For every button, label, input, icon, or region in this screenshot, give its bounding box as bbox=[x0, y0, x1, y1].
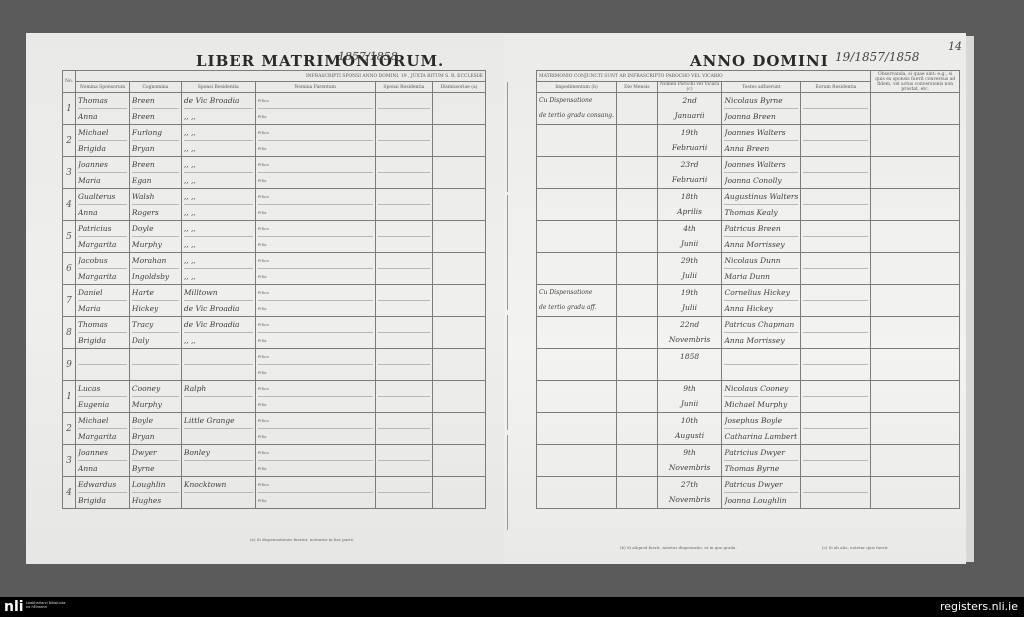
remarks-cell bbox=[871, 445, 960, 477]
die-mensis-cell bbox=[616, 381, 657, 413]
parents-residence bbox=[378, 93, 430, 109]
witness-residence bbox=[803, 125, 868, 141]
date: 9th bbox=[660, 381, 720, 396]
witness-residence-cell bbox=[801, 285, 871, 317]
surname: Furlong bbox=[132, 125, 179, 141]
header-testes: Testes adfuerunt bbox=[722, 82, 801, 93]
date-cell: 27thNovembris bbox=[657, 477, 722, 509]
given-name: Michael bbox=[78, 125, 127, 141]
residence-cell: Milltownde Vic Broadia bbox=[181, 285, 255, 317]
impediment bbox=[539, 268, 614, 283]
parents-residence-cell bbox=[375, 285, 432, 317]
date-cell: 19thJulii bbox=[657, 285, 722, 317]
residence-cell: Little Grange bbox=[181, 413, 255, 445]
entry-number: 4 bbox=[63, 477, 76, 509]
parents-cell: FiliusFilia bbox=[255, 445, 375, 477]
parents-residence bbox=[378, 461, 430, 476]
given-name: Joannes bbox=[78, 157, 127, 173]
residence: ,, ,, bbox=[184, 221, 253, 237]
date: 1858 bbox=[660, 349, 720, 364]
surname-cell: LoughlinHughes bbox=[129, 477, 181, 509]
witness-residence-cell bbox=[801, 445, 871, 477]
witness bbox=[724, 349, 798, 365]
witness-residence-cell bbox=[801, 317, 871, 349]
witness: Anna Morrissey bbox=[724, 237, 798, 252]
impediment bbox=[539, 364, 614, 379]
date-cell: 2ndJanuarii bbox=[657, 93, 722, 125]
date-cell: 9thNovembris bbox=[657, 445, 722, 477]
witness: Patricus Breen bbox=[724, 221, 798, 237]
dismissoriae-cell bbox=[432, 93, 485, 125]
parents-residence-cell bbox=[375, 477, 432, 509]
date: 27th bbox=[660, 477, 720, 492]
witness-residence bbox=[803, 253, 868, 269]
witnesses-cell: Josephus BoyleCatharina Lambert bbox=[722, 413, 801, 445]
witness-residence bbox=[803, 445, 868, 461]
surname: Harte bbox=[132, 285, 179, 301]
table-row: 2MichaelBrigidaFurlongBryan,, ,,,, ,,Fil… bbox=[63, 125, 486, 157]
dismissoriae-cell bbox=[432, 413, 485, 445]
gutter-stitch bbox=[507, 195, 508, 310]
witness: Patricius Dwyer bbox=[724, 445, 798, 461]
dismissoriae-cell bbox=[432, 125, 485, 157]
impediment bbox=[539, 460, 614, 475]
residence-cell: ,, ,,,, ,, bbox=[181, 125, 255, 157]
table-row: 22ndNovembrisPatricus ChapmanAnna Morris… bbox=[537, 317, 960, 349]
residence-cell: ,, ,,,, ,, bbox=[181, 189, 255, 221]
logo-line-2: na hÉireann bbox=[26, 605, 65, 609]
table-row: 19thFebruariiJoannes WaltersAnna Breen bbox=[537, 125, 960, 157]
date: 19th bbox=[660, 125, 720, 140]
parents-cell: FiliusFilia bbox=[255, 285, 375, 317]
impediment bbox=[539, 381, 614, 396]
parents-residence bbox=[378, 317, 430, 333]
entry-number: 3 bbox=[63, 445, 76, 477]
footnote-a: (a) Si dispensationes fuerint, notentur … bbox=[250, 537, 354, 542]
given-name: Patricius bbox=[78, 221, 127, 237]
witness-residence-cell bbox=[801, 157, 871, 189]
surname: Breen bbox=[132, 157, 179, 173]
witnesses-cell: Augustinus WaltersThomas Kealy bbox=[722, 189, 801, 221]
residence: ,, ,, bbox=[184, 173, 253, 188]
residence: Bonley bbox=[184, 445, 253, 461]
gutter-stitch bbox=[507, 435, 508, 530]
parents-residence-cell bbox=[375, 125, 432, 157]
given-name-cell: JoannesMaria bbox=[76, 157, 130, 189]
parents-residence bbox=[378, 413, 430, 429]
table-row: 10thAugustiJosephus BoyleCatharina Lambe… bbox=[537, 413, 960, 445]
impediment bbox=[539, 204, 614, 219]
date bbox=[660, 364, 720, 379]
witness: Anna Hickey bbox=[724, 301, 798, 316]
table-row: 9FiliusFilia bbox=[63, 349, 486, 381]
residence bbox=[184, 397, 253, 412]
impediment bbox=[539, 236, 614, 251]
parents-residence-cell bbox=[375, 189, 432, 221]
entry-number: 3 bbox=[63, 157, 76, 189]
die-mensis-cell bbox=[616, 413, 657, 445]
table-row: 1ThomasAnnaBreenBreende Vic Broadia,, ,,… bbox=[63, 93, 486, 125]
impediment bbox=[539, 140, 614, 155]
table-row: 4GualterusAnnaWalshRogers,, ,,,, ,,Filiu… bbox=[63, 189, 486, 221]
date: 29th bbox=[660, 253, 720, 268]
date: Julii bbox=[660, 300, 720, 315]
witness: Nicolaus Dunn bbox=[724, 253, 798, 269]
given-name: Joannes bbox=[78, 445, 127, 461]
witness-residence-cell bbox=[801, 93, 871, 125]
die-mensis-cell bbox=[616, 221, 657, 253]
table-row: 3JoannesAnnaDwyerByrneBonleyFiliusFilia bbox=[63, 445, 486, 477]
witnesses-cell: Patricius DwyerThomas Byrne bbox=[722, 445, 801, 477]
surname: Tracy bbox=[132, 317, 179, 333]
witness-residence bbox=[803, 269, 868, 284]
residence: ,, ,, bbox=[184, 237, 253, 252]
table-row: 18thAprilisAugustinus WaltersThomas Keal… bbox=[537, 189, 960, 221]
gutter-stitch bbox=[507, 315, 508, 430]
witness-residence bbox=[803, 397, 868, 412]
header-nomina-sponsorum: Nomina Sponsorum bbox=[76, 82, 130, 93]
parents-residence-cell bbox=[375, 317, 432, 349]
remarks-cell bbox=[871, 285, 960, 317]
parents-residence bbox=[378, 237, 430, 252]
surname: Boyle bbox=[132, 413, 179, 429]
parents-cell: FiliusFilia bbox=[255, 221, 375, 253]
witnesses-cell: Joannes WaltersAnna Breen bbox=[722, 125, 801, 157]
filia-label: Filia bbox=[258, 333, 373, 348]
dismissoriae-cell bbox=[432, 221, 485, 253]
parents-cell: FiliusFilia bbox=[255, 381, 375, 413]
surname-cell: CooneyMurphy bbox=[129, 381, 181, 413]
witness-residence bbox=[803, 285, 868, 301]
die-mensis-cell bbox=[616, 157, 657, 189]
remarks-cell bbox=[871, 413, 960, 445]
witnesses-cell: Nicolaus ByrneJoanna Breen bbox=[722, 93, 801, 125]
given-name bbox=[78, 365, 127, 380]
filius-label: Filius bbox=[258, 317, 373, 333]
date-cell: 23rdFebruarii bbox=[657, 157, 722, 189]
impediment-cell bbox=[537, 157, 617, 189]
surname: Byrne bbox=[132, 461, 179, 476]
filia-label: Filia bbox=[258, 237, 373, 252]
surname bbox=[132, 349, 179, 365]
dismissoriae-cell bbox=[432, 157, 485, 189]
witness-residence bbox=[803, 157, 868, 173]
filius-label: Filius bbox=[258, 125, 373, 141]
residence-cell: Ralph bbox=[181, 381, 255, 413]
residence: Little Grange bbox=[184, 413, 253, 429]
witness: Michael Murphy bbox=[724, 397, 798, 412]
parents-residence bbox=[378, 221, 430, 237]
impediment bbox=[539, 189, 614, 204]
date: 9th bbox=[660, 445, 720, 460]
given-name-cell: JoannesAnna bbox=[76, 445, 130, 477]
given-name: Brigida bbox=[78, 333, 127, 348]
date: Aprilis bbox=[660, 204, 720, 219]
header-eorum-residentia: Eorum Residentia bbox=[801, 82, 871, 93]
impediment bbox=[539, 396, 614, 411]
surname: Morahan bbox=[132, 253, 179, 269]
witness: Thomas Byrne bbox=[724, 461, 798, 476]
witnesses-cell bbox=[722, 349, 801, 381]
surname-cell: MorahanIngoldsby bbox=[129, 253, 181, 285]
filia-label: Filia bbox=[258, 429, 373, 444]
parents-residence-cell bbox=[375, 413, 432, 445]
given-name-cell: MichaelBrigida bbox=[76, 125, 130, 157]
surname: Bryan bbox=[132, 141, 179, 156]
witness-residence bbox=[803, 429, 868, 444]
table-row: 9thJuniiNicolaus CooneyMichael Murphy bbox=[537, 381, 960, 413]
witness-residence-cell bbox=[801, 125, 871, 157]
given-name: Margarita bbox=[78, 269, 127, 284]
impediment-cell bbox=[537, 125, 617, 157]
filius-label: Filius bbox=[258, 349, 373, 365]
filius-label: Filius bbox=[258, 477, 373, 493]
filia-label: Filia bbox=[258, 493, 373, 508]
parents-residence-cell bbox=[375, 349, 432, 381]
witness-residence bbox=[803, 237, 868, 252]
impediment bbox=[539, 253, 614, 268]
dismissoriae-cell bbox=[432, 445, 485, 477]
surname bbox=[132, 365, 179, 380]
witnesses-cell: Patricus ChapmanAnna Morrissey bbox=[722, 317, 801, 349]
filia-label: Filia bbox=[258, 461, 373, 476]
witness-residence-cell bbox=[801, 477, 871, 509]
parents-residence-cell bbox=[375, 93, 432, 125]
witness-residence bbox=[803, 493, 868, 508]
residence: ,, ,, bbox=[184, 269, 253, 284]
witness: Patricus Dwyer bbox=[724, 477, 798, 493]
date: 19th bbox=[660, 285, 720, 300]
entry-number: 2 bbox=[63, 125, 76, 157]
given-name-cell: ThomasAnna bbox=[76, 93, 130, 125]
parents-cell: FiliusFilia bbox=[255, 317, 375, 349]
given-name: Maria bbox=[78, 301, 127, 316]
witnesses-cell: Cornelius HickeyAnna Hickey bbox=[722, 285, 801, 317]
filia-label: Filia bbox=[258, 173, 373, 188]
dismissoriae-cell bbox=[432, 317, 485, 349]
date: Junii bbox=[660, 236, 720, 251]
table-row: 4thJuniiPatricus BreenAnna Morrissey bbox=[537, 221, 960, 253]
parents-residence bbox=[378, 333, 430, 348]
parents-residence bbox=[378, 157, 430, 173]
die-mensis-cell bbox=[616, 125, 657, 157]
die-mensis-cell bbox=[616, 445, 657, 477]
witnesses-cell: Joannes WaltersJoanna Conolly bbox=[722, 157, 801, 189]
witness-residence-cell bbox=[801, 221, 871, 253]
witnesses-cell: Patricus DwyerJoanna Loughlin bbox=[722, 477, 801, 509]
page-edge bbox=[966, 36, 974, 562]
filius-label: Filius bbox=[258, 285, 373, 301]
impediment bbox=[539, 332, 614, 347]
given-name-cell: MichaelMargarita bbox=[76, 413, 130, 445]
table-row: 9thNovembrisPatricius DwyerThomas Byrne bbox=[537, 445, 960, 477]
date: 18th bbox=[660, 189, 720, 204]
date: 4th bbox=[660, 221, 720, 236]
filia-label: Filia bbox=[258, 205, 373, 220]
die-mensis-cell bbox=[616, 189, 657, 221]
parents-residence bbox=[378, 493, 430, 508]
date: 10th bbox=[660, 413, 720, 428]
parents-residence bbox=[378, 269, 430, 284]
right-year-handwritten: 19/1857/1858 bbox=[835, 50, 919, 64]
witness bbox=[724, 365, 798, 380]
surname-cell: FurlongBryan bbox=[129, 125, 181, 157]
given-name: Thomas bbox=[78, 93, 127, 109]
table-row: 2MichaelMargaritaBoyleBryanLittle Grange… bbox=[63, 413, 486, 445]
remarks-cell bbox=[871, 221, 960, 253]
date: Novembris bbox=[660, 492, 720, 507]
parents-residence bbox=[378, 381, 430, 397]
residence: de Vic Broadia bbox=[184, 301, 253, 316]
table-row: Cu Dispensationede tertio gradu consang.… bbox=[537, 93, 960, 125]
witness-residence bbox=[803, 173, 868, 188]
footnote-c: (c) Si ab alio, notetur quis fuerit. bbox=[822, 545, 889, 550]
witness: Cornelius Hickey bbox=[724, 285, 798, 301]
table-row: 23rdFebruariiJoannes WaltersJoanna Conol… bbox=[537, 157, 960, 189]
parents-residence bbox=[378, 125, 430, 141]
dismissoriae-cell bbox=[432, 349, 485, 381]
witness-residence bbox=[803, 205, 868, 220]
filius-label: Filius bbox=[258, 445, 373, 461]
surname: Breen bbox=[132, 109, 179, 124]
filia-label: Filia bbox=[258, 269, 373, 284]
parents-residence bbox=[378, 253, 430, 269]
residence: ,, ,, bbox=[184, 205, 253, 220]
date: Novembris bbox=[660, 332, 720, 347]
date: 2nd bbox=[660, 93, 720, 108]
witness: Joanna Conolly bbox=[724, 173, 798, 188]
header-no: No. bbox=[63, 71, 76, 93]
surname: Walsh bbox=[132, 189, 179, 205]
left-page-title: LIBER MATRIMONIORUM. bbox=[196, 52, 444, 70]
given-name-cell bbox=[76, 349, 130, 381]
given-name: Anna bbox=[78, 461, 127, 476]
header-eorum-residentia: Sponsi Residentia bbox=[375, 82, 432, 93]
given-name: Eugenia bbox=[78, 397, 127, 412]
witness-residence bbox=[803, 141, 868, 156]
table-row: 3JoannesMariaBreenEgan,, ,,,, ,,FiliusFi… bbox=[63, 157, 486, 189]
residence: ,, ,, bbox=[184, 157, 253, 173]
witness: Augustinus Walters bbox=[724, 189, 798, 205]
given-name bbox=[78, 349, 127, 365]
die-mensis-cell bbox=[616, 349, 657, 381]
witness-residence bbox=[803, 301, 868, 316]
nli-logo[interactable]: nli bbox=[4, 599, 24, 615]
entry-number: 6 bbox=[63, 253, 76, 285]
right-page-title: ANNO DOMINI bbox=[690, 52, 829, 70]
surname: Loughlin bbox=[132, 477, 179, 493]
impediment-cell bbox=[537, 477, 617, 509]
residence bbox=[184, 429, 253, 444]
surname: Bryan bbox=[132, 429, 179, 444]
witness-residence bbox=[803, 365, 868, 380]
impediment-cell bbox=[537, 221, 617, 253]
witness: Joanna Loughlin bbox=[724, 493, 798, 508]
remarks-cell bbox=[871, 317, 960, 349]
impediment: Cu Dispensatione bbox=[539, 285, 614, 300]
surname-cell: BoyleBryan bbox=[129, 413, 181, 445]
witness: Nicolaus Cooney bbox=[724, 381, 798, 397]
parents-residence bbox=[378, 285, 430, 301]
witness: Anna Breen bbox=[724, 141, 798, 156]
surname: Egan bbox=[132, 173, 179, 188]
impediment bbox=[539, 317, 614, 332]
filia-label: Filia bbox=[258, 109, 373, 124]
parents-cell: FiliusFilia bbox=[255, 125, 375, 157]
witness-residence bbox=[803, 333, 868, 348]
date-cell: 10thAugusti bbox=[657, 413, 722, 445]
footnote-b: (b) Si aliquod fuerit, notetur dispensat… bbox=[620, 545, 737, 550]
residence bbox=[184, 461, 253, 476]
parents-residence bbox=[378, 397, 430, 412]
table-row: 27thNovembrisPatricus DwyerJoanna Loughl… bbox=[537, 477, 960, 509]
surname-cell: BreenBreen bbox=[129, 93, 181, 125]
table-row: 6JacobusMargaritaMorahanIngoldsby,, ,,,,… bbox=[63, 253, 486, 285]
residence-cell: Bonley bbox=[181, 445, 255, 477]
given-name: Lucas bbox=[78, 381, 127, 397]
witness-residence-cell bbox=[801, 189, 871, 221]
witness: Anna Morrissey bbox=[724, 333, 798, 348]
parents-residence bbox=[378, 189, 430, 205]
witness-residence bbox=[803, 109, 868, 124]
date: Novembris bbox=[660, 460, 720, 475]
gutter-stitch bbox=[507, 82, 508, 192]
given-name: Edwardus bbox=[78, 477, 127, 493]
dismissoriae-cell bbox=[432, 381, 485, 413]
entry-number: 5 bbox=[63, 221, 76, 253]
entry-number: 8 bbox=[63, 317, 76, 349]
die-mensis-cell bbox=[616, 317, 657, 349]
witness-residence-cell bbox=[801, 381, 871, 413]
filius-label: Filius bbox=[258, 381, 373, 397]
witness-residence bbox=[803, 317, 868, 333]
header-die-mensis: Die Mensis bbox=[616, 82, 657, 93]
witness-residence bbox=[803, 93, 868, 109]
witness-residence bbox=[803, 413, 868, 429]
impediment bbox=[539, 221, 614, 236]
filius-label: Filius bbox=[258, 157, 373, 173]
residence-cell: ,, ,,,, ,, bbox=[181, 253, 255, 285]
table-row: 4EdwardusBrigidaLoughlinHughesKnocktownF… bbox=[63, 477, 486, 509]
given-name: Thomas bbox=[78, 317, 127, 333]
parents-residence bbox=[378, 301, 430, 316]
residence-cell bbox=[181, 349, 255, 381]
parents-cell: FiliusFilia bbox=[255, 189, 375, 221]
given-name-cell: DanielMaria bbox=[76, 285, 130, 317]
witness-residence bbox=[803, 477, 868, 493]
filius-label: Filius bbox=[258, 253, 373, 269]
die-mensis-cell bbox=[616, 93, 657, 125]
surname-cell: WalshRogers bbox=[129, 189, 181, 221]
residence: ,, ,, bbox=[184, 189, 253, 205]
given-name-cell: PatriciusMargarita bbox=[76, 221, 130, 253]
entry-number: 1 bbox=[63, 381, 76, 413]
witness-residence bbox=[803, 461, 868, 476]
filius-label: Filius bbox=[258, 413, 373, 429]
surname: Breen bbox=[132, 93, 179, 109]
remarks-cell bbox=[871, 93, 960, 125]
dismissoriae-cell bbox=[432, 253, 485, 285]
residence: Knocktown bbox=[184, 477, 253, 493]
date: Februarii bbox=[660, 140, 720, 155]
witnesses-cell: Nicolaus CooneyMichael Murphy bbox=[722, 381, 801, 413]
impediment bbox=[539, 477, 614, 492]
date-cell: 1858 bbox=[657, 349, 722, 381]
given-name: Anna bbox=[78, 205, 127, 220]
impediment bbox=[539, 445, 614, 460]
site-link[interactable]: registers.nli.ie bbox=[940, 600, 1018, 613]
impediment-cell: Cu Dispensationede tertio gradu consang. bbox=[537, 93, 617, 125]
